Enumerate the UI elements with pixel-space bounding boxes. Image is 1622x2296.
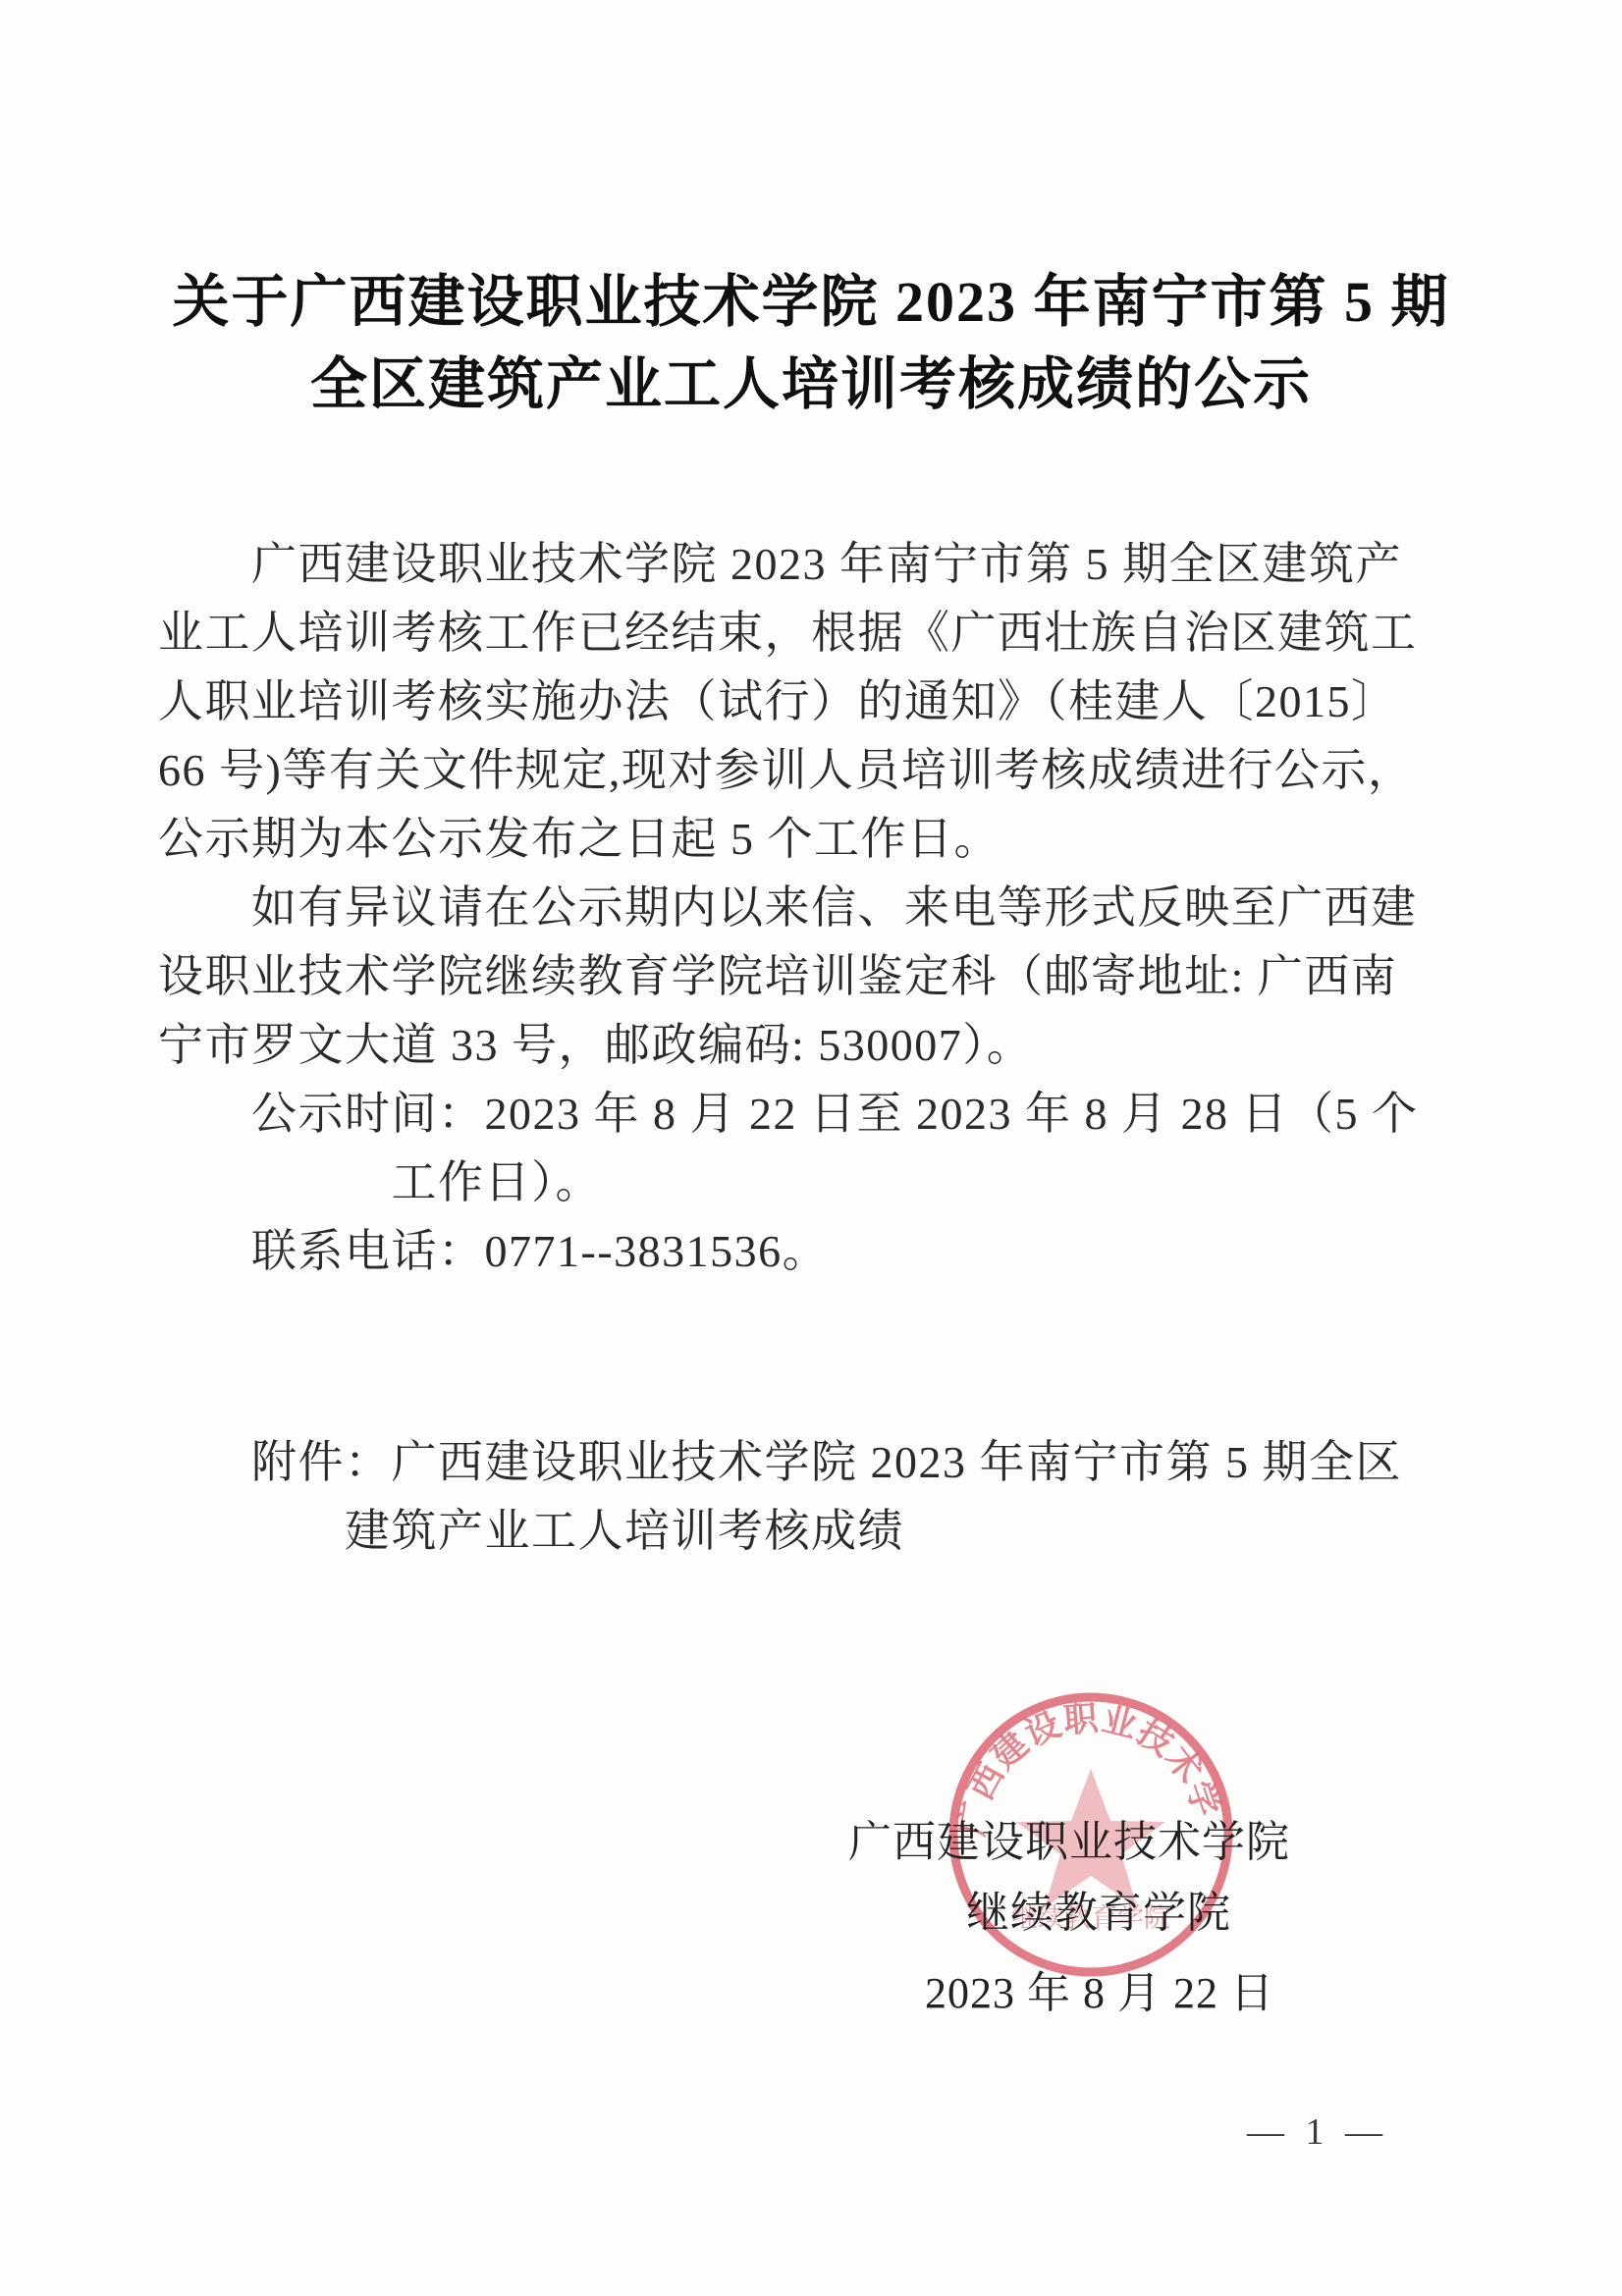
page-number: — 1 — [1247, 2110, 1388, 2154]
body-line: 66 号)等有关文件规定,现对参训人员培训考核成绩进行公示， [158, 736, 1474, 805]
attachment-block: 附件：广西建设职业技术学院 2023 年南宁市第 5 期全区 建筑产业工人培训考… [158, 1428, 1474, 1566]
document-title: 关于广西建设职业技术学院 2023 年南宁市第 5 期 全区建筑产业工人培训考核… [0, 261, 1622, 426]
body-line: 联系电话：0771--3831536。 [158, 1217, 1474, 1286]
body-line: 公示时间：2023 年 8 月 22 日至 2023 年 8 月 28 日（5 … [158, 1080, 1474, 1148]
body-line: 宁市罗文大道 33 号，邮政编码: 530007）。 [158, 1011, 1474, 1080]
body-line: 广西建设职业技术学院 2023 年南宁市第 5 期全区建筑产 [158, 530, 1474, 599]
body-line: 设职业技术学院继续教育学院培训鉴定科（邮寄地址: 广西南 [158, 942, 1474, 1011]
body-line: 人职业培训考核实施办法（试行）的通知》（桂建人〔2015〕 [158, 667, 1474, 736]
body-line: 公示期为本公示发布之日起 5 个工作日。 [158, 805, 1474, 874]
document-title-line-2: 全区建筑产业工人培训考核成绩的公示 [0, 344, 1622, 426]
body-line: 如有异议请在公示期内以来信、来电等形式反映至广西建 [158, 874, 1474, 942]
signature-org: 广西建设职业技术学院 [848, 1806, 1290, 1869]
body-text-block: 广西建设职业技术学院 2023 年南宁市第 5 期全区建筑产 业工人培训考核工作… [158, 530, 1474, 1286]
scanned-notice-page: 关于广西建设职业技术学院 2023 年南宁市第 5 期 全区建筑产业工人培训考核… [0, 0, 1622, 2296]
body-line: 工作日）。 [158, 1148, 1474, 1217]
document-title-line-1: 关于广西建设职业技术学院 2023 年南宁市第 5 期 [0, 261, 1622, 344]
attachment-line: 附件：广西建设职业技术学院 2023 年南宁市第 5 期全区 [158, 1428, 1474, 1497]
attachment-line: 建筑产业工人培训考核成绩 [158, 1497, 1474, 1566]
body-line: 业工人培训考核工作已经结束，根据《广西壮族自治区建筑工 [158, 599, 1474, 667]
signature-date: 2023 年 8 月 22 日 [925, 1957, 1274, 2020]
signature-dept: 继续教育学院 [966, 1877, 1231, 1940]
